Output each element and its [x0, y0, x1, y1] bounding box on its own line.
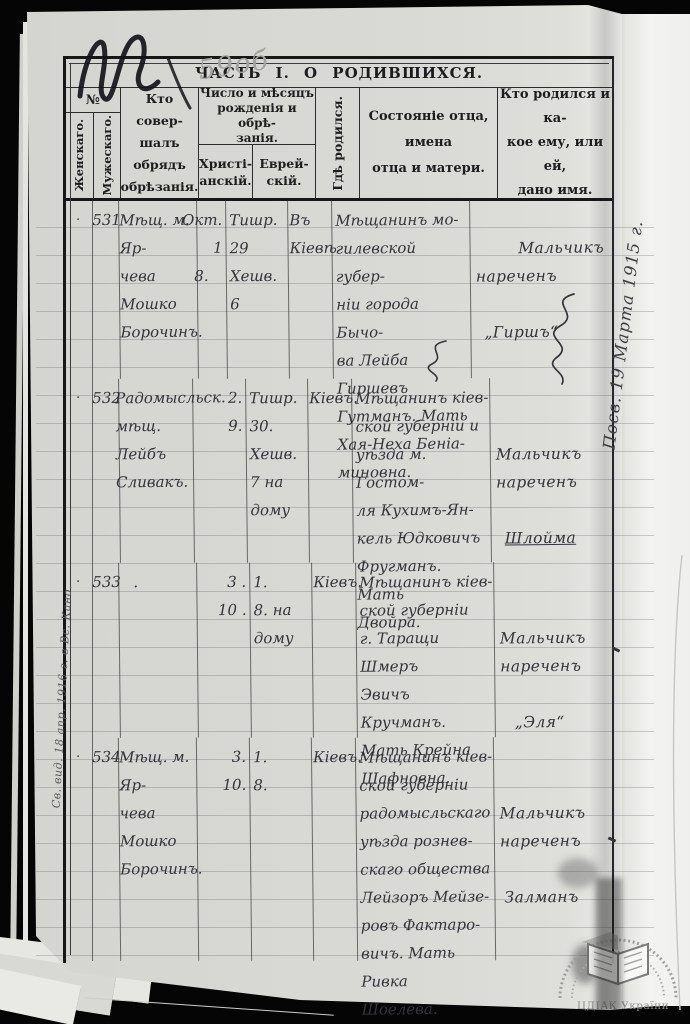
cell-christian-date: 3. 10.: [197, 738, 252, 962]
header-christian-date: Христі- анскій.: [199, 145, 253, 198]
cell-birthplace: Кіевъ.: [308, 379, 354, 563]
cell-christian-date: Окт. 1 8.: [173, 201, 228, 380]
cell-birthplace: Въ Кіевѣ: [288, 201, 334, 379]
header-male-label: Мужескаго.: [100, 115, 114, 196]
cell-jewish-date: Тишр. 29 Хешв. 6: [226, 201, 290, 380]
archive-stamp-label: ЦДІАК України: [560, 1000, 686, 1012]
table-row: . 531 Мѣщ. м. Яр- чева Мошко Борочинъ. О…: [66, 201, 612, 379]
cell-child-name: Мальчикъ нареченъ „Эля“: [494, 562, 613, 738]
cell-birthplace: Кіевъ.: [312, 563, 358, 738]
header-child-name: Кто родился и ка- кое ему, или ей, дано …: [498, 88, 612, 198]
cell-child-name: Мальчикъ нареченъ Шлойма: [490, 378, 613, 563]
header-birthplace-column: Гдѣ родился.: [316, 88, 360, 198]
cell-jewish-date: Тишр. 30. Хешв. 7 на дому: [246, 379, 310, 564]
cell-jewish-date: 1. 8.: [250, 738, 314, 962]
header-jewish-date: Еврей- скій.: [253, 145, 315, 198]
loose-thread: [84, 997, 333, 1015]
ink-scribble-mark: [72, 24, 222, 112]
cell-christian-date: 2. 9.: [193, 379, 248, 564]
header-female-column: Женскаго.: [66, 113, 94, 198]
cell-father-status: Мѣщанинъ кіев- ской губерніи и уѣзда м. …: [352, 378, 492, 563]
cell-jewish-date: 1. 8. на дому: [250, 563, 314, 739]
table-row: . 532 Радомысльск. мѣщ. Лейбъ Сливакъ. 2…: [66, 379, 612, 563]
cell-celebrant: Радомысльск. мѣщ. Лейбъ Сливакъ.: [115, 379, 195, 564]
child-text: Мальчикъ нареченъ: [476, 238, 604, 285]
header-female-label: Женскаго.: [72, 119, 86, 191]
scanned-register-photo: ЧАСТЬ I. О РОДИВШИХСЯ. № Женскаго. Мужес…: [0, 0, 690, 1024]
closing-flourish: [540, 290, 584, 388]
header-birthplace-label: Гдѣ родился.: [330, 96, 345, 191]
sheet-edge: [23, 22, 28, 982]
cell-celebrant: .: [119, 563, 199, 739]
child-text: Мальчикъ нареченъ: [496, 445, 582, 492]
cell-birthplace: Кіевъ.: [312, 738, 358, 961]
child-given-name: Шлойма: [497, 523, 613, 552]
cell-record-number: 534: [92, 738, 121, 961]
table-row: . 534 Мѣщ. м. Яр- чева Мошко Борочинъ. 3…: [66, 738, 612, 961]
child-text: Мальчикъ нареченъ: [500, 804, 586, 851]
cell-christian-date: 3 . 10 .: [197, 563, 252, 739]
child-text: Мальчикъ нареченъ: [500, 629, 586, 676]
cell-record-number: 531: [92, 201, 121, 379]
table-row: . 533 . 3 . 10 . 1. 8. на дому Кіевъ. Мѣ…: [66, 563, 612, 738]
child-given-name: „Эля“: [501, 707, 613, 736]
header-father-status: Состояніе отца, имена отца и матери.: [360, 88, 498, 198]
cell-record-number: 533: [92, 563, 121, 738]
cell-father-status: Мѣщанинъ кіев- ской губерніи радомысльск…: [356, 737, 496, 961]
birth-register-table: ЧАСТЬ I. О РОДИВШИХСЯ. № Женскаго. Мужес…: [63, 56, 614, 963]
cell-celebrant: Мѣщ. м. Яр- чева Мошко Борочинъ.: [119, 738, 199, 962]
page-edge-shadow: [596, 878, 622, 1012]
header-male-column: Мужескаго.: [94, 113, 121, 198]
closing-flourish: [418, 338, 452, 384]
cell-father-status: Мѣщанинъ кіев- ской губерніи г. Таращи Ш…: [356, 562, 496, 738]
